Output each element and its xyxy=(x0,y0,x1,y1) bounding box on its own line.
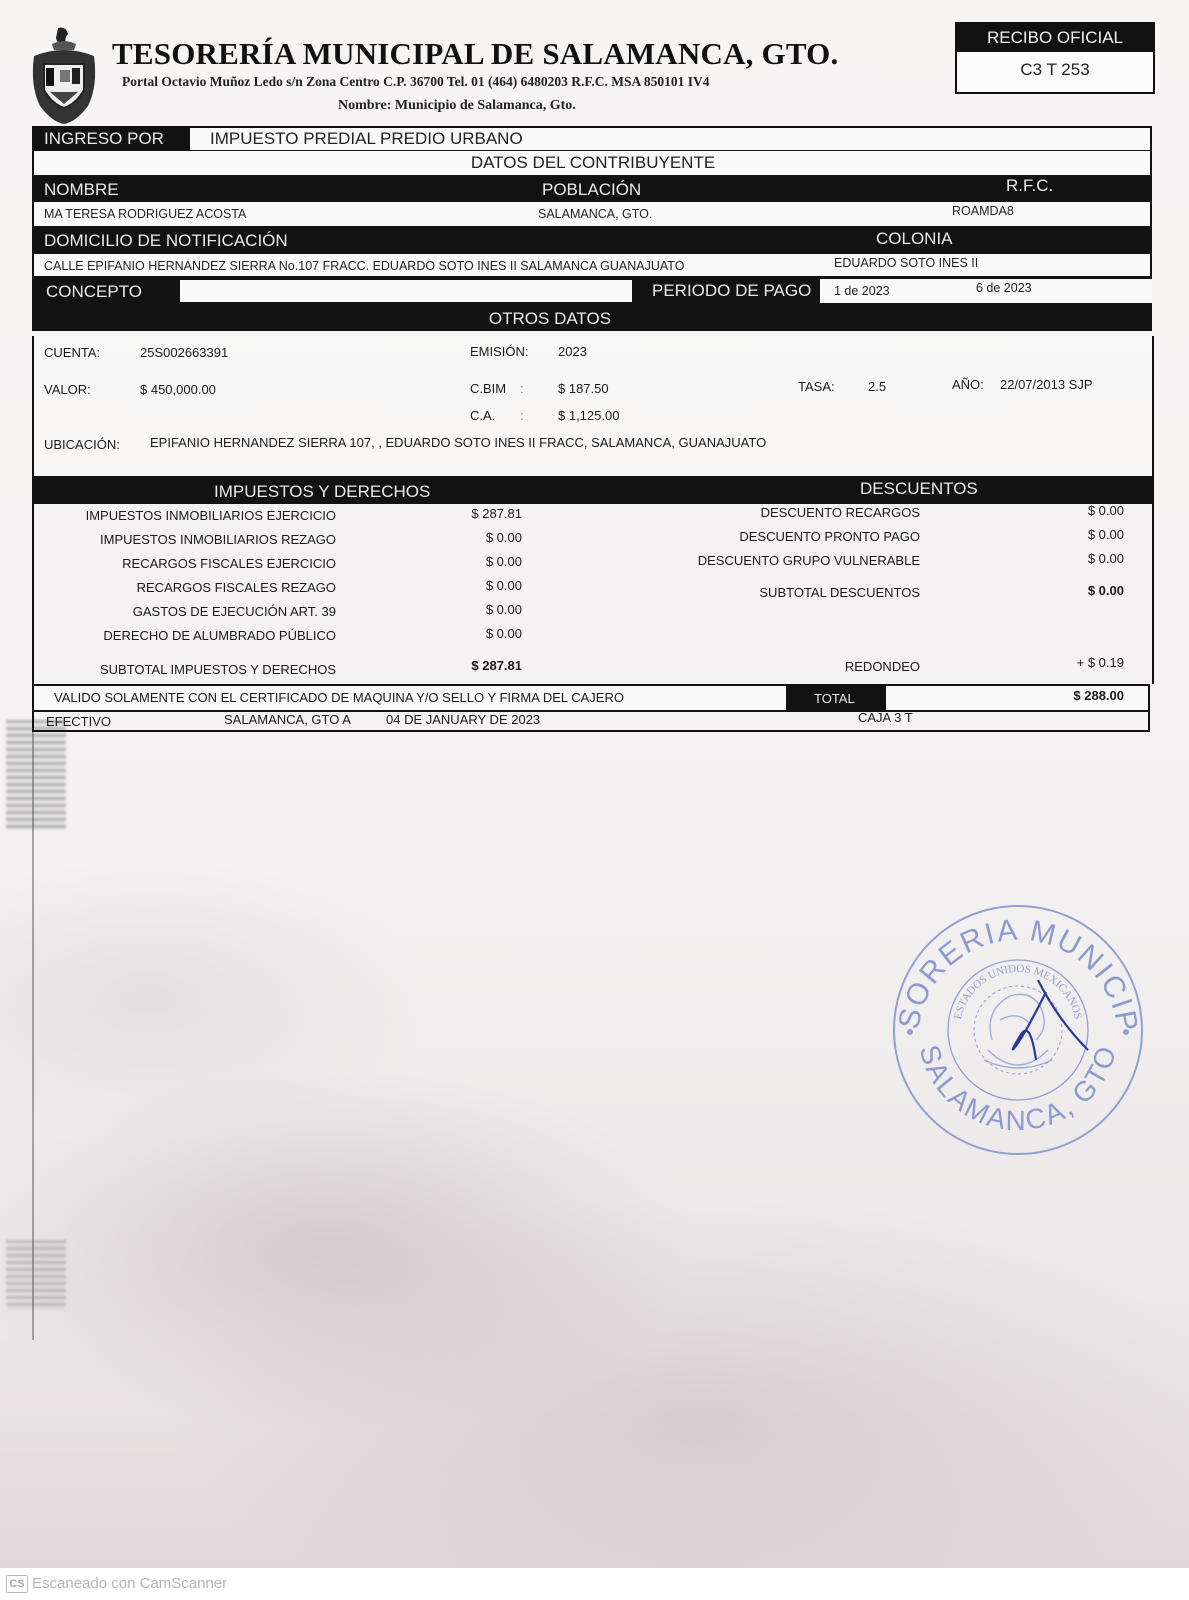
emision-label: EMISIÓN: xyxy=(470,344,529,359)
rfc-label: R.F.C. xyxy=(1006,176,1053,196)
descuento-amount: $ 0.00 xyxy=(1034,527,1124,542)
redondeo-label: REDONDEO xyxy=(654,659,920,674)
tasa-label: TASA: xyxy=(798,379,835,394)
impuesto-amount: $ 0.00 xyxy=(434,578,522,593)
subtotal-descuentos-label: SUBTOTAL DESCUENTOS xyxy=(654,585,920,600)
descuentos-section-title: DESCUENTOS xyxy=(860,479,978,499)
ca-colon: : xyxy=(520,408,524,423)
municipal-crest-icon xyxy=(28,26,100,126)
contribuyente-poblacion: SALAMANCA, GTO. xyxy=(538,207,652,221)
poblacion-label: POBLACIÓN xyxy=(542,180,641,200)
caja: CAJA 3 T xyxy=(858,710,913,725)
impuestos-descuentos-header: IMPUESTOS Y DERECHOS DESCUENTOS xyxy=(32,476,1154,504)
periodo-hasta: 6 de 2023 xyxy=(976,281,1032,295)
impuesto-label: GASTOS DE EJECUCIÓN ART. 39 xyxy=(44,604,336,619)
total-label: TOTAL xyxy=(814,691,855,706)
emision-value: 2023 xyxy=(558,344,587,359)
cuenta-value: 25S002663391 xyxy=(140,345,228,360)
contribuyente-nombre: MA TERESA RODRIGUEZ ACOSTA xyxy=(44,207,246,221)
cbim-colon: : xyxy=(520,381,524,396)
tasa-value: 2.5 xyxy=(868,379,886,394)
receipt-form: INGRESO POR IMPUESTO PREDIAL PREDIO URBA… xyxy=(32,126,1152,331)
impuestos-section-title: IMPUESTOS Y DERECHOS xyxy=(214,482,430,502)
forma-pago: EFECTIVO xyxy=(46,714,111,729)
issuer-address: Portal Octavio Muñoz Ledo s/n Zona Centr… xyxy=(122,74,710,90)
concepto-value xyxy=(180,280,632,302)
impuesto-amount: $ 0.00 xyxy=(434,554,522,569)
valor-label: VALOR: xyxy=(44,382,91,397)
scan-artifact xyxy=(6,720,66,830)
anio-label: AÑO: xyxy=(952,377,984,392)
scan-artifact xyxy=(32,700,34,1340)
official-stamp: TESORERIA MUNICIPAL SALAMANCA, GTO ESTAD… xyxy=(888,900,1148,1160)
descuento-label: DESCUENTO GRUPO VULNERABLE xyxy=(614,553,920,568)
issuer-name: Nombre: Municipio de Salamanca, Gto. xyxy=(338,98,576,114)
total-value: $ 288.00 xyxy=(1034,688,1124,703)
scan-artifact xyxy=(6,1240,66,1310)
descuento-amount: $ 0.00 xyxy=(1034,503,1124,518)
impuesto-label: RECARGOS FISCALES EJERCICIO xyxy=(44,556,336,571)
impuesto-label: DERECHO DE ALUMBRADO PÚBLICO xyxy=(44,628,336,643)
ingreso-value: IMPUESTO PREDIAL PREDIO URBANO xyxy=(210,129,523,149)
impuesto-label: IMPUESTOS INMOBILIARIOS REZAGO xyxy=(44,532,336,547)
impuestos-panel: IMPUESTOS INMOBILIARIOS EJERCICIO$ 287.8… xyxy=(32,502,1154,684)
impuesto-label: RECARGOS FISCALES REZAGO xyxy=(44,580,336,595)
total-label-cell: TOTAL xyxy=(786,686,886,710)
colonia-label: COLONIA xyxy=(876,229,953,249)
subtotal-descuentos-value: $ 0.00 xyxy=(1034,583,1124,598)
impuesto-label: IMPUESTOS INMOBILIARIOS EJERCICIO xyxy=(44,508,336,523)
periodo-box: 1 de 2023 6 de 2023 xyxy=(820,279,1152,303)
nombre-label: NOMBRE xyxy=(44,180,119,200)
stamp-inner-text: ESTADOS UNIDOS MEXICANOS xyxy=(952,963,1084,1021)
cbim-label: C.BIM xyxy=(470,381,506,396)
impuesto-amount: $ 287.81 xyxy=(434,506,522,521)
concepto-label: CONCEPTO xyxy=(46,282,142,302)
cbim-value: $ 187.50 xyxy=(558,381,609,396)
fecha: 04 DE JANUARY DE 2023 xyxy=(386,712,540,727)
page-title: TESORERÍA MUNICIPAL DE SALAMANCA, GTO. xyxy=(112,36,838,72)
stamp-bottom-text: SALAMANCA, GTO xyxy=(913,1041,1122,1136)
impuesto-amount: $ 0.00 xyxy=(434,602,522,617)
camscanner-logo-icon: CS xyxy=(6,1575,28,1593)
svg-text:SALAMANCA, GTO: SALAMANCA, GTO xyxy=(913,1041,1122,1136)
contribuyente-rfc: ROAMDA8 xyxy=(952,204,1014,218)
impuesto-amount: $ 0.00 xyxy=(434,626,522,641)
camscanner-text: Escaneado con CamScanner xyxy=(32,1575,227,1592)
ubicacion-label: UBICACIÓN: xyxy=(44,437,120,452)
descuento-label: DESCUENTO PRONTO PAGO xyxy=(614,529,920,544)
valor-value: $ 450,000.00 xyxy=(140,382,216,397)
redondeo-value: + $ 0.19 xyxy=(1034,655,1124,670)
descuento-amount: $ 0.00 xyxy=(1034,551,1124,566)
svg-text:ESTADOS UNIDOS MEXICANOS: ESTADOS UNIDOS MEXICANOS xyxy=(952,963,1084,1021)
validity-notice: VALIDO SOLAMENTE CON EL CERTIFICADO DE M… xyxy=(54,690,624,705)
ubicacion-value: EPIFANIO HERNANDEZ SIERRA 107, , EDUARDO… xyxy=(150,435,766,450)
periodo-desde: 1 de 2023 xyxy=(834,284,890,298)
subtotal-impuestos-label: SUBTOTAL IMPUESTOS Y DERECHOS xyxy=(44,662,336,677)
otros-datos-panel: CUENTA: 25S002663391 EMISIÓN: 2023 VALOR… xyxy=(32,336,1154,476)
colonia-value: EDUARDO SOTO INES II xyxy=(834,256,978,270)
lugar: SALAMANCA, GTO A xyxy=(224,712,351,727)
otros-section-title: OTROS DATOS xyxy=(34,309,1066,329)
receipt-label: RECIBO OFICIAL xyxy=(957,24,1153,52)
impuesto-amount: $ 0.00 xyxy=(434,530,522,545)
subtotal-impuestos-value: $ 287.81 xyxy=(434,658,522,673)
descuento-label: DESCUENTO RECARGOS xyxy=(614,505,920,520)
domicilio-value: CALLE EPIFANIO HERNANDEZ SIERRA No.107 F… xyxy=(44,259,684,273)
receipt-number-box: RECIBO OFICIAL C3 T 253 xyxy=(955,22,1155,94)
periodo-label: PERIODO DE PAGO xyxy=(652,281,811,301)
anio-value: 22/07/2013 SJP xyxy=(1000,377,1093,392)
contribuyente-section-title: DATOS DEL CONTRIBUYENTE xyxy=(34,153,1152,173)
domicilio-label: DOMICILIO DE NOTIFICACIÓN xyxy=(44,231,288,251)
cuenta-label: CUENTA: xyxy=(44,345,100,360)
receipt-number: C3 T 253 xyxy=(957,52,1153,88)
payment-row: EFECTIVO SALAMANCA, GTO A 04 DE JANUARY … xyxy=(32,710,1150,732)
validity-total-row: VALIDO SOLAMENTE CON EL CERTIFICADO DE M… xyxy=(32,684,1150,712)
ingreso-label: INGRESO POR xyxy=(34,128,190,150)
eagle-emblem-icon xyxy=(984,994,1052,1068)
ca-value: $ 1,125.00 xyxy=(558,408,619,423)
ca-label: C.A. xyxy=(470,408,495,423)
